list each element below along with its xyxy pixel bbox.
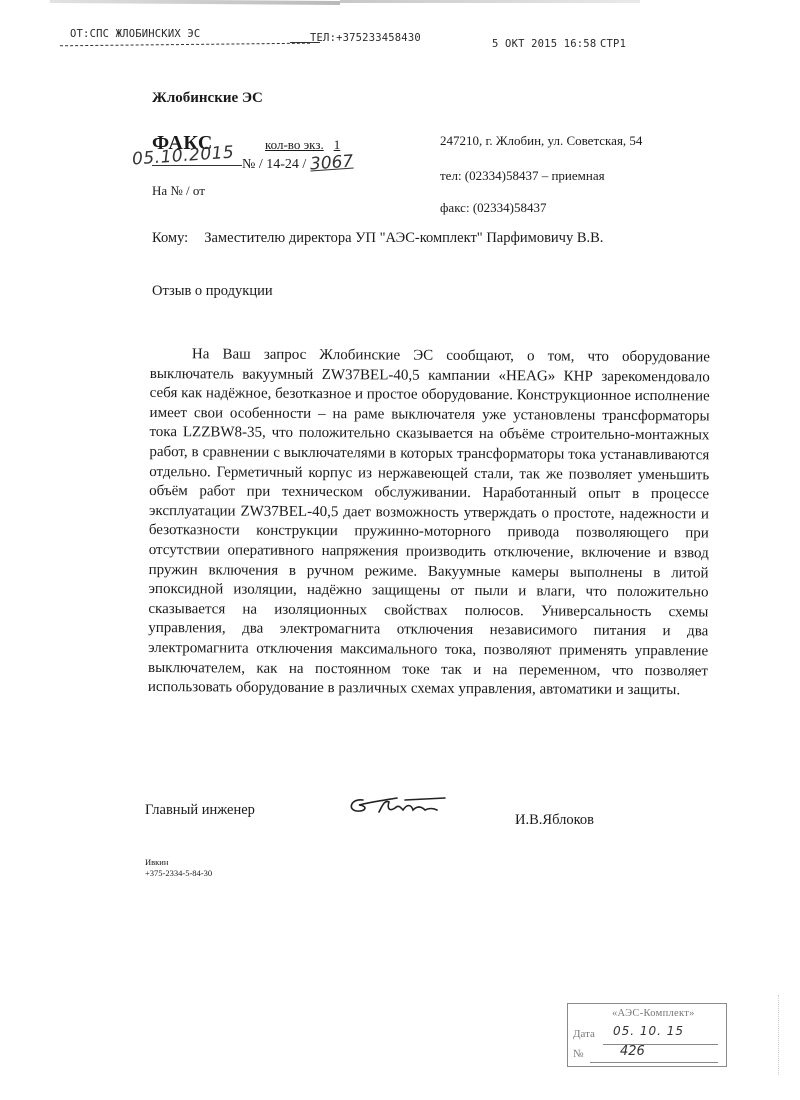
scan-edge-shadow — [50, 0, 340, 5]
recipient-label: Кому: — [152, 230, 188, 246]
handwritten-signature-icon — [345, 794, 465, 820]
sender-fax: факс: (02334)58437 — [440, 200, 546, 216]
fax-tel: ТЕЛ:+375233458430 — [310, 32, 421, 44]
executor-phone: +375-2334-5-84-30 — [145, 868, 212, 879]
stamp-org: «АЭС-Комплект» — [612, 1008, 695, 1019]
reference-line: На № / от — [152, 183, 205, 199]
scan-edge-shadow — [340, 0, 640, 3]
registration-number: № / 14-24 /3067 — [242, 153, 354, 173]
divider — [152, 165, 242, 166]
organization-name: Жлобинские ЭС — [152, 90, 263, 107]
stamp-date-value: 05. 10. 15 — [613, 1024, 684, 1038]
received-stamp: «АЭС-Комплект» Дата 05. 10. 15 № 426 — [567, 1003, 727, 1067]
copies-label: кол-во экз. — [265, 137, 324, 152]
scan-edge-artifact — [778, 995, 779, 1075]
executor-name: Ивкин — [145, 857, 212, 868]
fax-from: ОТ:СПС ЖЛОБИНСКИХ ЭС — [70, 28, 200, 40]
handwritten-reg-number: 3067 — [310, 152, 355, 175]
fax-page: СТР1 — [600, 38, 626, 50]
letter-body: На Ваш запрос Жлобинские ЭС сообщают, о … — [148, 345, 710, 701]
sender-address: 247210, г. Жлобин, ул. Советская, 54 — [440, 133, 642, 149]
reg-number-prefix: № / 14-24 / — [242, 157, 306, 172]
executor-info: Ивкин +375-2334-5-84-30 — [145, 857, 212, 879]
copies-value: 1 — [334, 137, 341, 152]
signatory-name: И.В.Яблоков — [515, 812, 594, 829]
recipient: Кому:Заместителю директора УП "АЭС-компл… — [152, 230, 603, 247]
stamp-date-label: Дата — [573, 1028, 595, 1040]
subject: Отзыв о продукции — [152, 283, 273, 300]
stamp-number-label: № — [573, 1048, 584, 1060]
copies-count: кол-во экз.1 — [265, 137, 340, 153]
divider — [590, 1062, 718, 1063]
fax-datetime: 5 ОКТ 2015 16:58 — [492, 38, 596, 50]
sender-phone: тел: (02334)58437 – приемная — [440, 168, 605, 184]
signatory-title: Главный инженер — [145, 802, 255, 819]
divider — [60, 43, 310, 47]
stamp-number-value: 426 — [620, 1044, 645, 1059]
recipient-value: Заместителю директора УП "АЭС-комплект" … — [204, 230, 603, 246]
